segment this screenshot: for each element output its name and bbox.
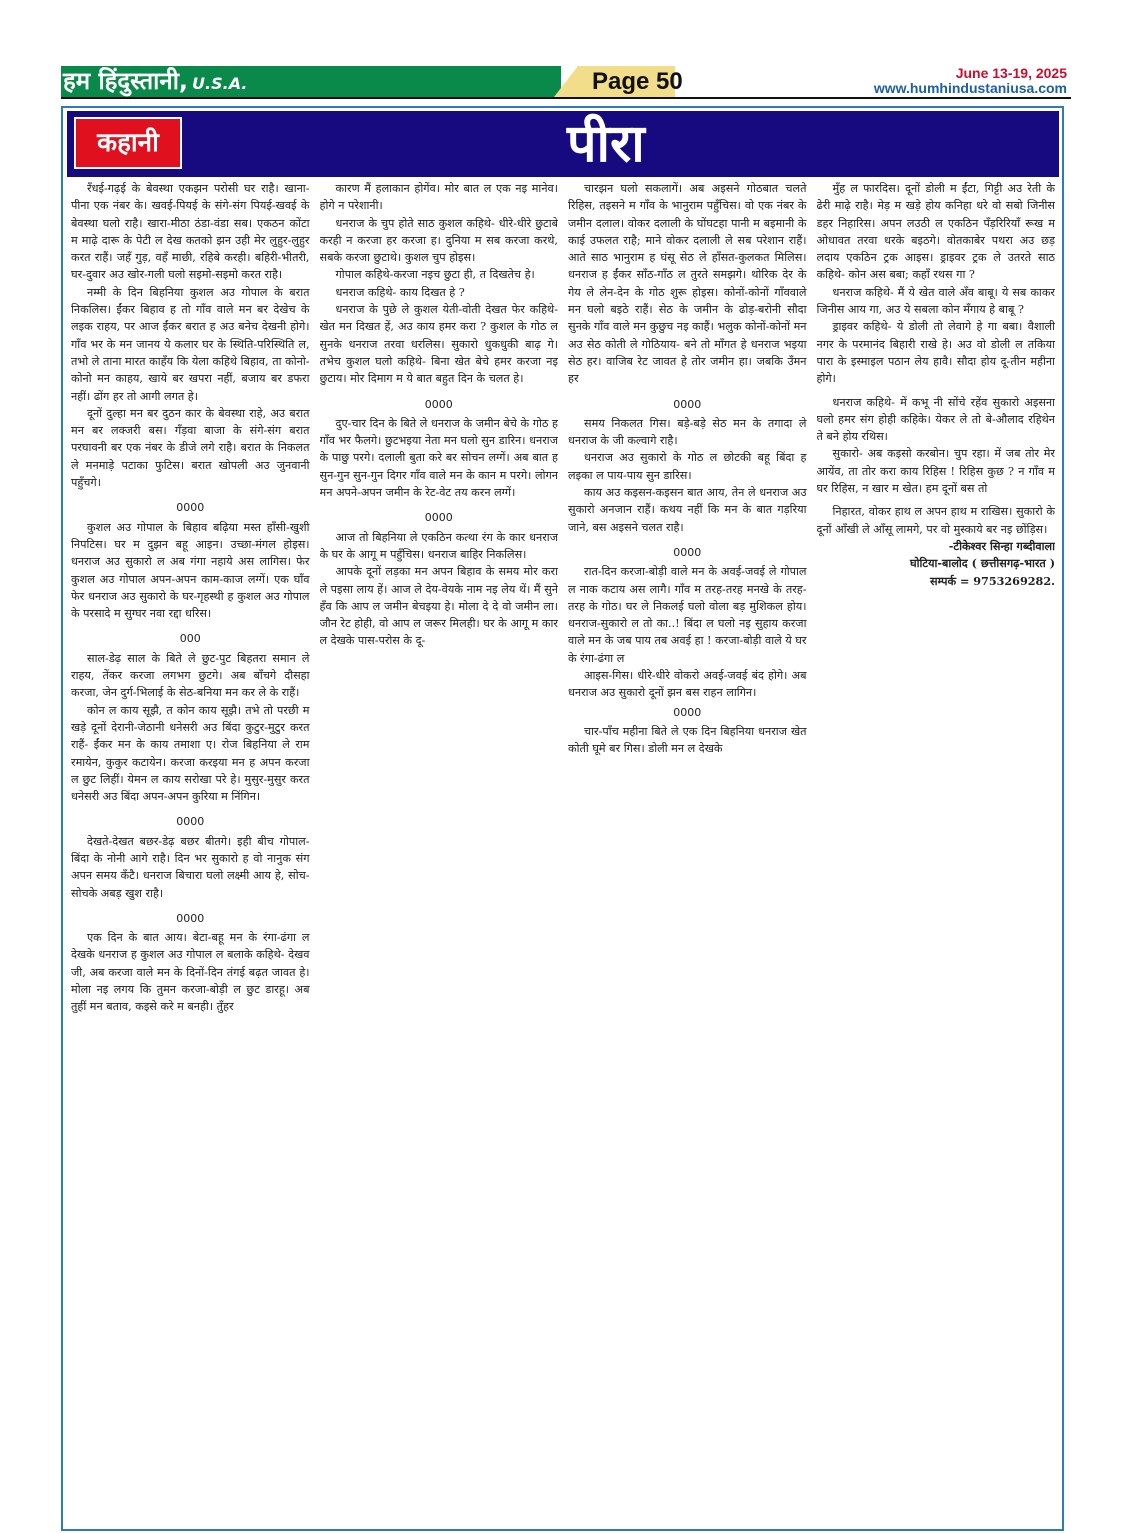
- website-link[interactable]: www.humhindustaniusa.com: [874, 81, 1067, 96]
- story-title: पीरा: [567, 109, 645, 179]
- author-contact: सम्पर्क = 9753269282.: [817, 573, 1056, 590]
- paragraph: चार-पाँच महीना बिते ले एक दिन बिहनिया धन…: [568, 723, 807, 758]
- paragraph: नम्मी के दिन बिहनिया कुशल अउ गोपाल के बर…: [71, 284, 310, 405]
- column-2: कारण मैं हलाकान होगेंव। मोर बात ल एक नइ …: [320, 180, 559, 1525]
- story-columns: रँधई-गढ़ई के बेवस्था एकझन परोसी घर राहै।…: [71, 180, 1055, 1525]
- paragraph: रात-दिन करजा-बोड़ी वाले मन के अवई-जवई ले…: [568, 563, 807, 667]
- paragraph: समय निकलत गिस। बड़े-बड़े सेठ मन के तगादा…: [568, 415, 807, 450]
- section-separator: 0000: [320, 509, 559, 526]
- paragraph: दुए-चार दिन के बिते ले धनराज के जमीन बेच…: [320, 415, 559, 501]
- paragraph: सुकारो- अब कइसो करबोन। चुप रहा। में जब त…: [817, 445, 1056, 497]
- story-banner: कहानी पीरा: [67, 111, 1059, 177]
- section-separator: 0000: [71, 499, 310, 516]
- paper-name-hindi: हम हिंदुस्तानी,: [63, 67, 188, 95]
- column-4: मुँह ल फारदिस। दूनों डोली म ईंटा, गिट्टी…: [817, 180, 1056, 1525]
- story-frame: कहानी पीरा रँधई-गढ़ई के बेवस्था एकझन परो…: [61, 106, 1064, 1531]
- section-separator: 0000: [71, 910, 310, 927]
- paragraph: धनराज के पुछे ले कुशल येती-वोती देखत फेर…: [320, 301, 559, 387]
- paragraph: आइस-गिस। धीरे-धीरे वोकरो अवई-जवई बंद होग…: [568, 667, 807, 702]
- paragraph: गोपाल कहिथे-करजा नइच छुटा ही, त दिखतेच ह…: [320, 266, 559, 283]
- paragraph: धनराज के चुप होते साठ कुशल कहिथे- धीरे-ध…: [320, 215, 559, 267]
- column-1: रँधई-गढ़ई के बेवस्था एकझन परोसी घर राहै।…: [71, 180, 310, 1525]
- paragraph: धनराज कहिथे- मैं ये खेत वाले अँव बाबू। य…: [817, 284, 1056, 319]
- masthead: हम हिंदुस्तानी,U.S.A. Page 50 June 13-19…: [61, 66, 1071, 99]
- paragraph: आपके दूनों लड़का मन अपन बिहाव के समय मोर…: [320, 563, 559, 649]
- paragraph: देखते-देखत बछर-डेढ़ बछर बीतगे। इही बीच ग…: [71, 833, 310, 902]
- paragraph: रँधई-गढ़ई के बेवस्था एकझन परोसी घर राहै।…: [71, 180, 310, 284]
- column-3: चारझन घलो सकलागें। अब अइसने गोठबात चलते …: [568, 180, 807, 1525]
- paragraph: निहारत, वोकर हाथ ल अपन हाथ म राखिस। सुका…: [817, 503, 1056, 538]
- section-separator: 0000: [320, 396, 559, 413]
- paragraph: दूनों दुल्हा मन बर दुठन कार के बेवस्था र…: [71, 405, 310, 491]
- page-number: Page 50: [592, 68, 683, 96]
- paragraph: चारझन घलो सकलागें। अब अइसने गोठबात चलते …: [568, 180, 807, 388]
- paragraph: कुशल अउ गोपाल के बिहाव बढ़िया मस्त हाँसी…: [71, 519, 310, 623]
- paragraph: काय अउ कइसन-कइसन बात आय, तेन ले धनराज अउ…: [568, 484, 807, 536]
- masthead-green-bar: हम हिंदुस्तानी,U.S.A.: [61, 66, 561, 97]
- paragraph: कारण मैं हलाकान होगेंव। मोर बात ल एक नइ …: [320, 180, 559, 215]
- author-location: घोटिया-बालोद ( छत्तीसगढ़-भारत ): [817, 555, 1056, 572]
- paragraph: ड्राइवर कहिथे- ये डोली तो लेवागे हे गा ब…: [817, 318, 1056, 387]
- paragraph: एक दिन के बात आय। बेटा-बहू मन के रंगा-ढं…: [71, 929, 310, 1015]
- paragraph: आज तो बिहनिया ले एकठिन कत्था रंग के कार …: [320, 529, 559, 564]
- paper-name-suffix: U.S.A.: [192, 74, 247, 93]
- section-separator: 0000: [568, 544, 807, 561]
- section-separator: 000: [71, 630, 310, 647]
- paragraph: धनराज अउ सुकारो के गोठ ल छोटकी बहू बिंदा…: [568, 449, 807, 484]
- paragraph: साल-डेढ़ साल के बिते ले छुट-पुट बिहतरा स…: [71, 650, 310, 702]
- paragraph: धनराज कहिथे- में कभू नी सोंचे रहेंव सुका…: [817, 394, 1056, 446]
- paper-name: हम हिंदुस्तानी,U.S.A.: [63, 67, 247, 98]
- masthead-rule: [61, 97, 1071, 99]
- section-separator: 0000: [71, 813, 310, 830]
- paragraph: धनराज कहिथे- काय दिखत हे ?: [320, 284, 559, 301]
- section-separator: 0000: [568, 704, 807, 721]
- masthead-wedge: [554, 66, 578, 97]
- issue-date: June 13-19, 2025: [956, 66, 1067, 81]
- paragraph: कोन ल काय सूझै, त कोन काय सूझै। तभे तो प…: [71, 702, 310, 806]
- paragraph: मुँह ल फारदिस। दूनों डोली म ईंटा, गिट्टी…: [817, 180, 1056, 284]
- section-label: कहानी: [74, 117, 182, 169]
- section-separator: 0000: [568, 396, 807, 413]
- author-name: -टीकेश्वर सिन्हा गब्दीवाला: [817, 538, 1056, 555]
